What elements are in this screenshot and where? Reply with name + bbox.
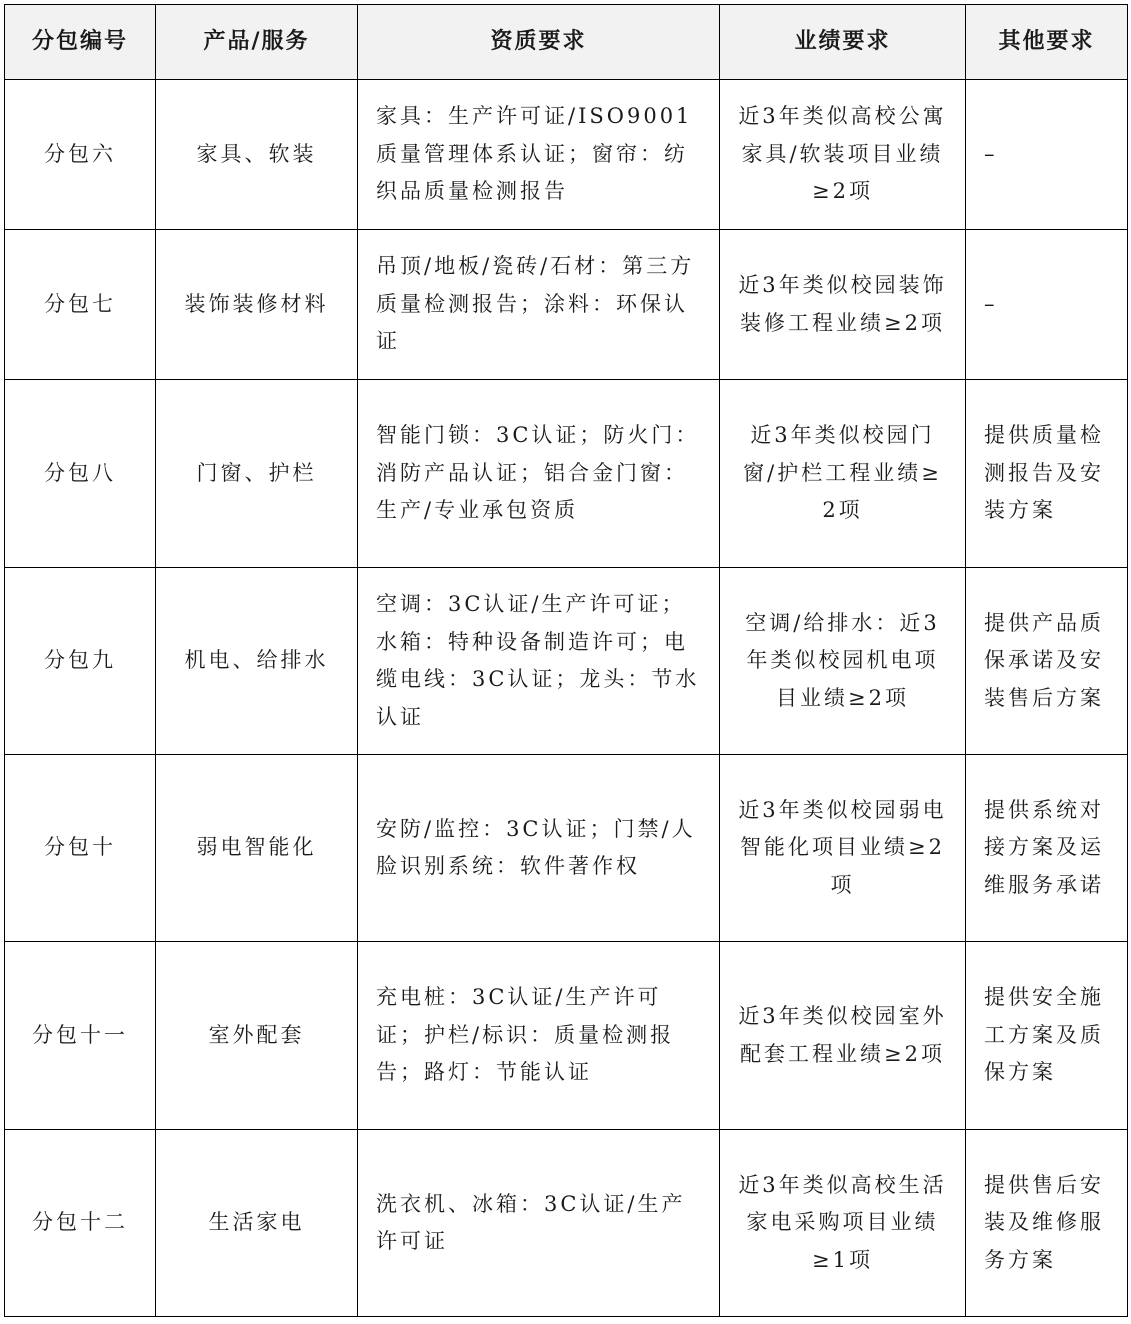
- performance-cell: 近3年类似高校生活家电采购项目业绩≥1项: [720, 1130, 966, 1317]
- product-cell: 装饰装修材料: [156, 230, 358, 380]
- package-id-cell: 分包十二: [5, 1130, 156, 1317]
- table-row: 分包十 弱电智能化 安防/监控：3C认证；门禁/人脸识别系统：软件著作权 近3年…: [5, 755, 1128, 942]
- qualification-cell: 吊顶/地板/瓷砖/石材：第三方质量检测报告；涂料：环保认证: [358, 230, 720, 380]
- table-header-row: 分包编号 产品/服务 资质要求 业绩要求 其他要求: [5, 5, 1128, 80]
- performance-cell: 空调/给排水：近3年类似校园机电项目业绩≥2项: [720, 568, 966, 755]
- qualification-cell: 家具：生产许可证/ISO9001质量管理体系认证；窗帘：纺织品质量检测报告: [358, 80, 720, 230]
- product-cell: 生活家电: [156, 1130, 358, 1317]
- other-cell: 提供产品质保承诺及安装售后方案: [966, 568, 1128, 755]
- package-id-cell: 分包十一: [5, 942, 156, 1130]
- package-id-cell: 分包六: [5, 80, 156, 230]
- qualification-cell: 空调：3C认证/生产许可证；水箱：特种设备制造许可；电缆电线：3C认证；龙头：节…: [358, 568, 720, 755]
- performance-cell: 近3年类似校园装饰装修工程业绩≥2项: [720, 230, 966, 380]
- product-cell: 家具、软装: [156, 80, 358, 230]
- product-cell: 室外配套: [156, 942, 358, 1130]
- table-row: 分包十一 室外配套 充电桩：3C认证/生产许可证；护栏/标识：质量检测报告；路灯…: [5, 942, 1128, 1130]
- subcontract-requirements-table: 分包编号 产品/服务 资质要求 业绩要求 其他要求 分包六 家具、软装 家具：生…: [4, 4, 1128, 1317]
- package-id-cell: 分包十: [5, 755, 156, 942]
- qualification-cell: 洗衣机、冰箱：3C认证/生产许可证: [358, 1130, 720, 1317]
- qualification-cell: 充电桩：3C认证/生产许可证；护栏/标识：质量检测报告；路灯：节能认证: [358, 942, 720, 1130]
- header-product-service: 产品/服务: [156, 5, 358, 80]
- header-other: 其他要求: [966, 5, 1128, 80]
- package-id-cell: 分包八: [5, 380, 156, 568]
- other-cell: –: [966, 80, 1128, 230]
- table-row: 分包七 装饰装修材料 吊顶/地板/瓷砖/石材：第三方质量检测报告；涂料：环保认证…: [5, 230, 1128, 380]
- table-row: 分包十二 生活家电 洗衣机、冰箱：3C认证/生产许可证 近3年类似高校生活家电采…: [5, 1130, 1128, 1317]
- other-cell: 提供售后安装及维修服务方案: [966, 1130, 1128, 1317]
- header-qualification: 资质要求: [358, 5, 720, 80]
- qualification-cell: 智能门锁：3C认证；防火门：消防产品认证；铝合金门窗：生产/专业承包资质: [358, 380, 720, 568]
- package-id-cell: 分包九: [5, 568, 156, 755]
- header-package-id: 分包编号: [5, 5, 156, 80]
- package-id-cell: 分包七: [5, 230, 156, 380]
- product-cell: 机电、给排水: [156, 568, 358, 755]
- table-row: 分包八 门窗、护栏 智能门锁：3C认证；防火门：消防产品认证；铝合金门窗：生产/…: [5, 380, 1128, 568]
- other-cell: –: [966, 230, 1128, 380]
- other-cell: 提供安全施工方案及质保方案: [966, 942, 1128, 1130]
- product-cell: 门窗、护栏: [156, 380, 358, 568]
- table-row: 分包六 家具、软装 家具：生产许可证/ISO9001质量管理体系认证；窗帘：纺织…: [5, 80, 1128, 230]
- product-cell: 弱电智能化: [156, 755, 358, 942]
- table-row: 分包九 机电、给排水 空调：3C认证/生产许可证；水箱：特种设备制造许可；电缆电…: [5, 568, 1128, 755]
- performance-cell: 近3年类似高校公寓家具/软装项目业绩≥2项: [720, 80, 966, 230]
- other-cell: 提供系统对接方案及运维服务承诺: [966, 755, 1128, 942]
- performance-cell: 近3年类似校园门窗/护栏工程业绩≥2项: [720, 380, 966, 568]
- qualification-cell: 安防/监控：3C认证；门禁/人脸识别系统：软件著作权: [358, 755, 720, 942]
- header-performance: 业绩要求: [720, 5, 966, 80]
- other-cell: 提供质量检测报告及安装方案: [966, 380, 1128, 568]
- performance-cell: 近3年类似校园室外配套工程业绩≥2项: [720, 942, 966, 1130]
- performance-cell: 近3年类似校园弱电智能化项目业绩≥2项: [720, 755, 966, 942]
